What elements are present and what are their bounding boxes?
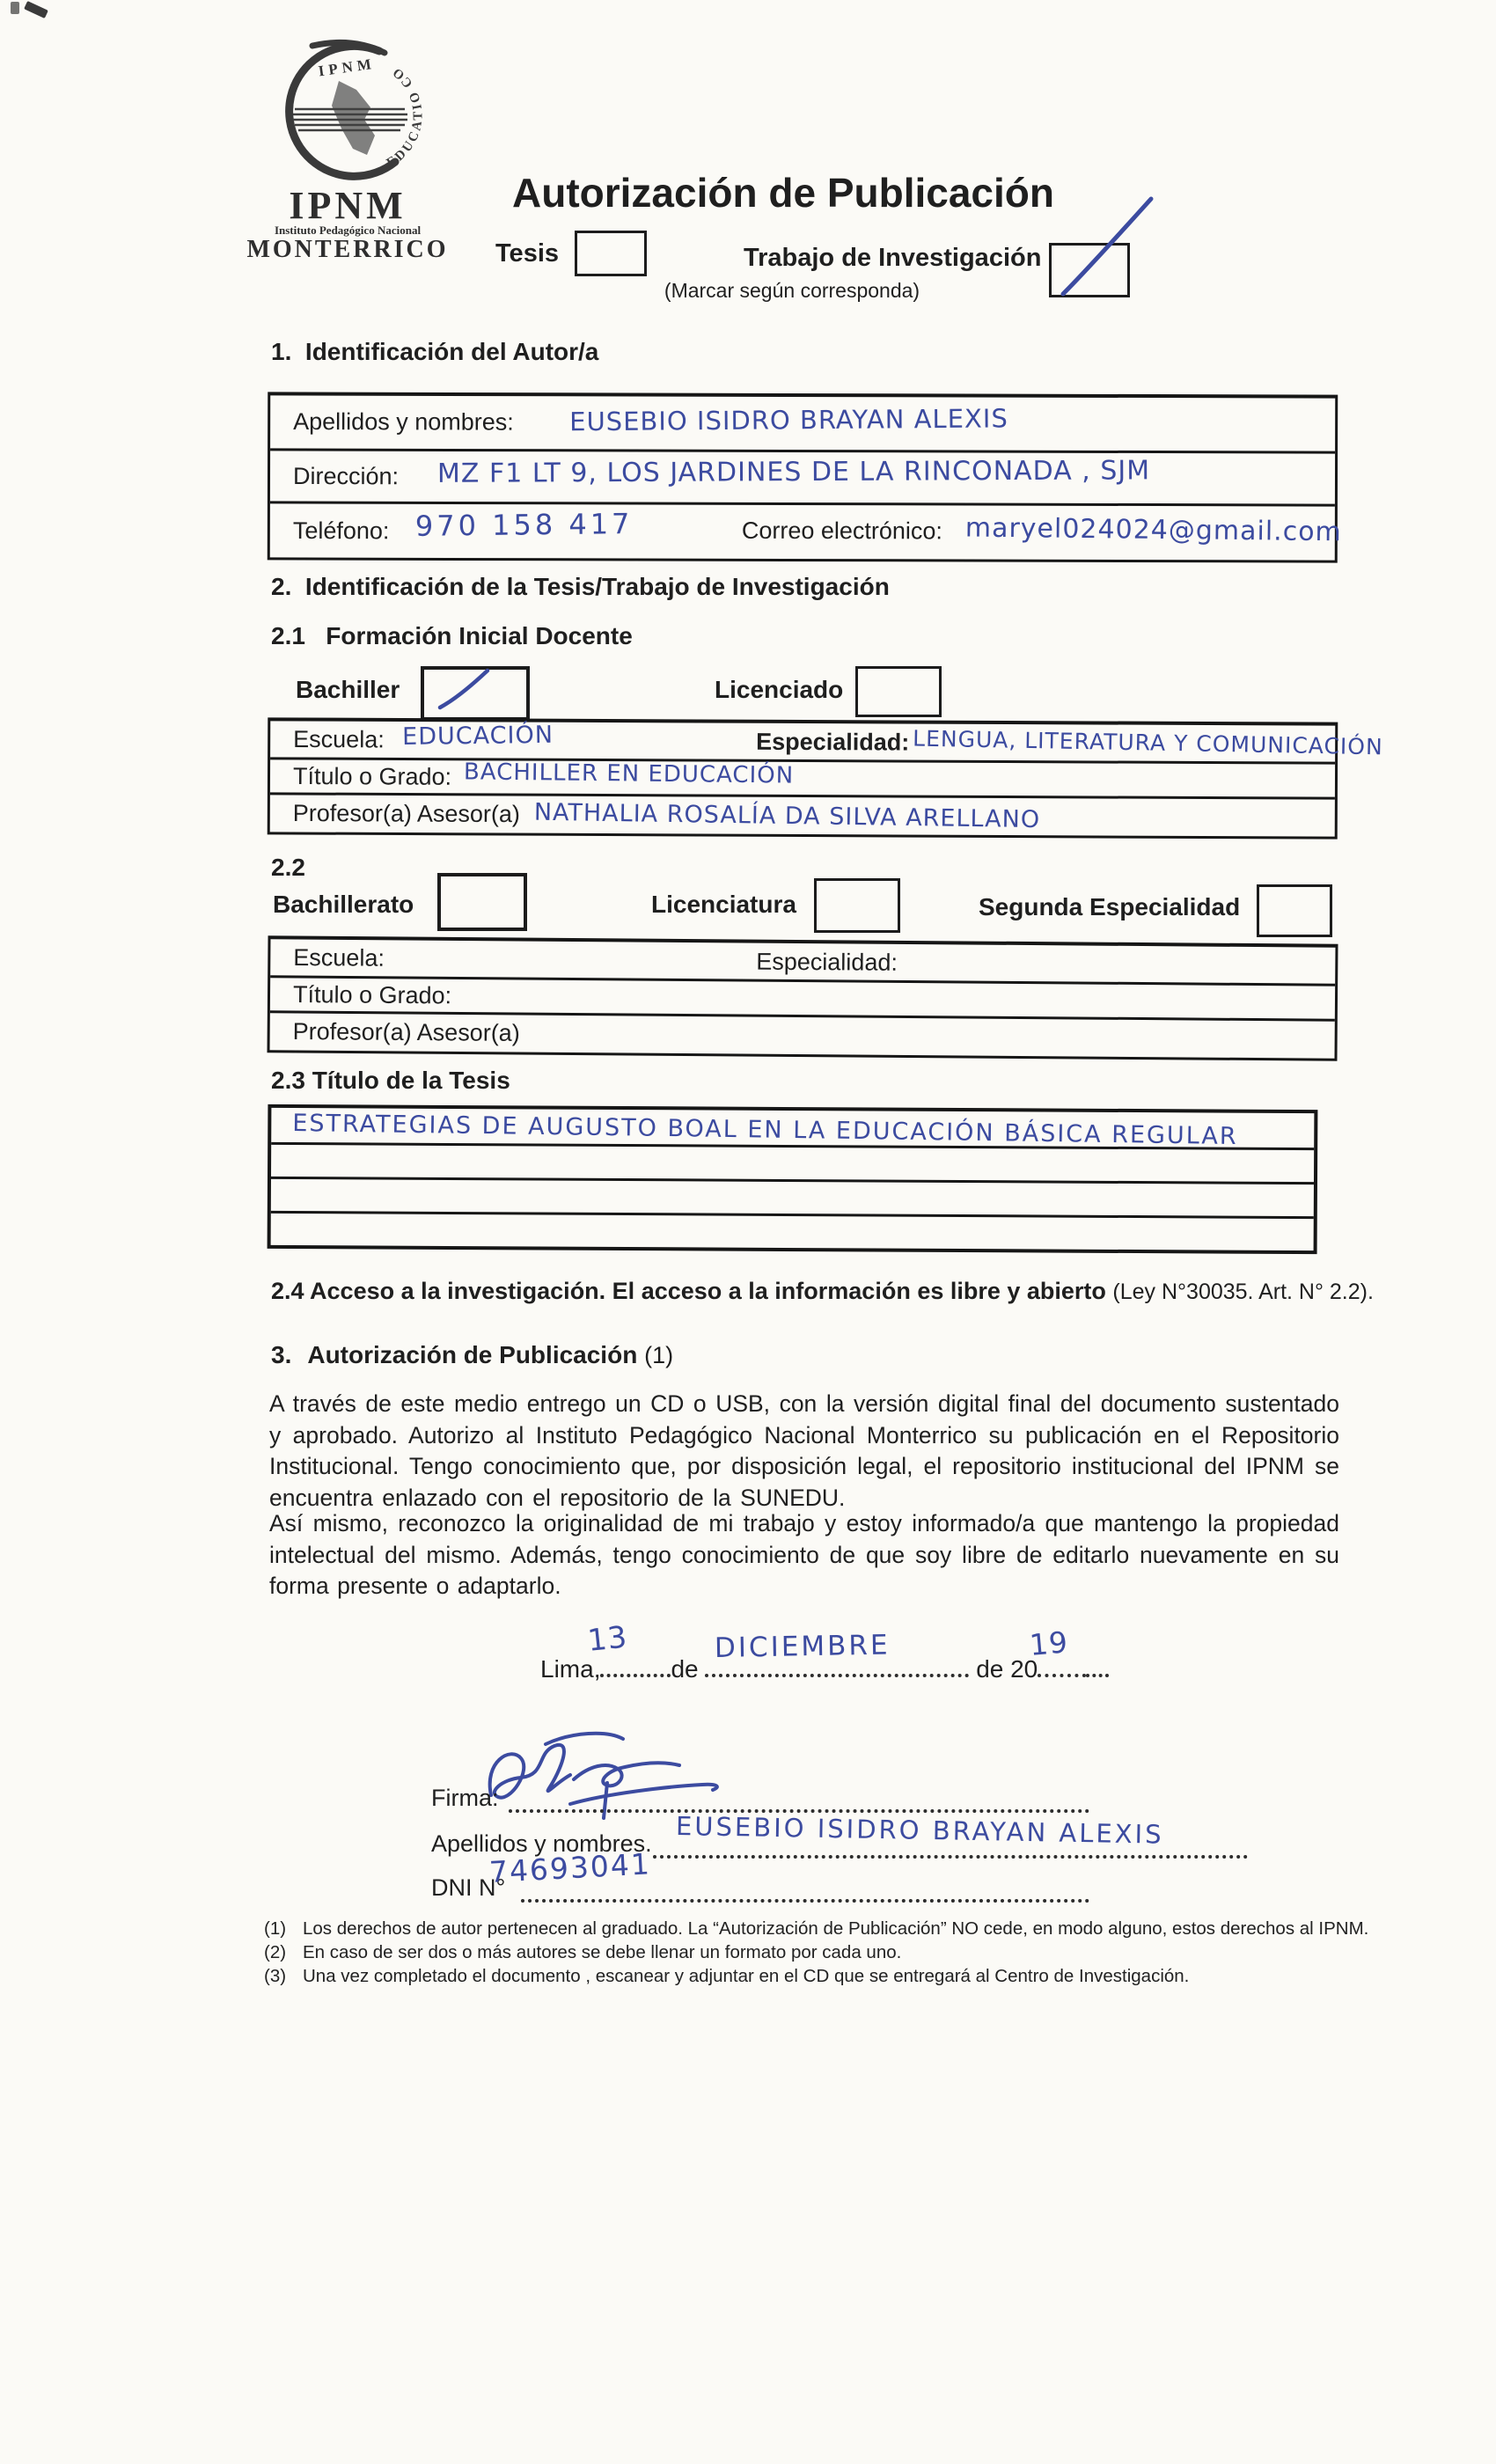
titulo-grado2-label: Título o Grado: [293,980,451,1008]
asesor-value: NATHALIA ROSALÍA DA SILVA ARELLANO [534,799,1041,834]
section2-num: 2. [271,573,291,600]
tesis-label: Tesis [495,239,559,268]
trabajo-checkmark-icon [1038,187,1179,310]
rule-line [271,1177,1314,1184]
licenciado-label: Licenciado [715,676,843,704]
table-row: Profesor(a) Asesor(a) [270,1010,1335,1059]
especialidad2-label: Especialidad: [756,949,898,977]
firma-dotted-line [509,1809,1089,1813]
scanned-form-page: IPNM EDUCATIO CORDIS IPNM Instituto Peda… [0,0,1496,2464]
firma-label: Firma: [431,1785,499,1812]
date-de2: de 20 [976,1655,1038,1683]
table-row: Teléfono: 970 158 417 Correo electrónico… [270,501,1335,560]
date-de1: de [671,1655,698,1683]
dni-dotted-line [521,1899,1089,1903]
footnote: (2)En caso de ser dos o más autores se d… [264,1940,1373,1964]
titulo-grado-label: Título o Grado: [293,762,451,790]
date-city-label: Lima, [540,1655,600,1683]
apellidos-value: EUSEBIO ISIDRO BRAYAN ALEXIS [569,403,1008,436]
posgrado-table: Escuela: Especialidad: Título o Grado: P… [267,935,1338,1061]
telefono-label: Teléfono: [293,517,390,544]
apellidos-dotted-line [653,1855,1248,1859]
asesor2-label: Profesor(a) Asesor(a) [293,1018,520,1047]
ipnm-logo: IPNM EDUCATIO CORDIS IPNM Instituto Peda… [207,37,488,263]
trabajo-label: Trabajo de Investigación [744,244,1041,273]
scan-speck [24,1,48,18]
segunda-especialidad-checkbox [1257,884,1332,937]
svg-text:IPNM: IPNM [318,55,377,80]
scan-speck [11,2,19,14]
titulo-grado-value: BACHILLER EN EDUCACIÓN [464,759,794,788]
section24-heading: 2.4 Acceso a la investigación. El acceso… [271,1278,1374,1305]
logo-monterrico: MONTERRICO [207,237,488,263]
section21-num: 2.1 [271,622,305,649]
section3-heading: 3.Autorización de Publicación (1) [271,1341,673,1369]
especialidad-label: Especialidad: [756,729,909,757]
tesis-checkbox [575,231,647,276]
telefono-value: 970 158 417 [415,507,634,543]
date-month-value: DICIEMBRE [715,1630,891,1664]
date-day-value: 13 [586,1619,629,1659]
fid-table: Escuela: EDUCACIÓN Especialidad: LENGUA,… [268,717,1338,839]
date-day-dots [600,1654,671,1677]
date-trailing-dots [1086,1654,1109,1677]
section22-heading: 2.2 [271,854,305,882]
direccion-value: MZ F1 LT 9, LOS JARDINES DE LA RINCONADA… [437,455,1150,489]
bachiller-checkmark-icon [424,662,521,716]
section1-num: 1. [271,338,291,365]
marcar-note: (Marcar según corresponda) [607,279,977,303]
table-row: Dirección: MZ F1 LT 9, LOS JARDINES DE L… [270,448,1335,503]
section2-heading: 2. Identificación de la Tesis/Trabajo de… [271,573,890,601]
bachillerato-checkbox [437,873,527,931]
direccion-label: Dirección: [293,462,399,489]
table-row: Profesor(a) Asesor(a) NATHALIA ROSALÍA D… [270,792,1335,836]
footnote: (3)Una vez completado el documento , esc… [264,1964,1373,1988]
escuela2-label: Escuela: [293,943,385,972]
section23-heading: 2.3 Título de la Tesis [271,1067,510,1095]
apellidos-label: Apellidos y nombres: [293,408,514,436]
logo-subtitle: Instituto Pedagógico Nacional [207,224,488,237]
licenciatura-checkbox [814,878,900,933]
ipnm-emblem-icon: IPNM EDUCATIO CORDIS [207,37,488,188]
table-row: Título o Grado: BACHILLER EN EDUCACIÓN [270,757,1335,796]
especialidad-value: LENGUA, LITERATURA Y COMUNICACIÓN [913,726,1383,760]
rule-line [271,1211,1314,1219]
escuela-value: EDUCACIÓN [402,722,554,751]
date-year-value: 19 [1028,1624,1069,1662]
section1-heading: 1. Identificación del Autor/a [271,338,598,366]
asesor-label: Profesor(a) Asesor(a) [293,800,520,828]
correo-value: maryel024024@gmail.com [965,512,1342,547]
segunda-especialidad-label: Segunda Especialidad [979,893,1240,921]
table-row: Escuela: EDUCACIÓN Especialidad: LENGUA,… [270,721,1335,761]
author-table: Apellidos y nombres: EUSEBIO ISIDRO BRAY… [268,392,1338,562]
tesis-title-box: ESTRATEGIAS DE AUGUSTO BOAL EN LA EDUCAC… [268,1104,1318,1254]
page-title: Autorización de Publicación [493,169,1074,216]
footnote: (1)Los derechos de autor pertenecen al g… [264,1917,1373,1940]
licenciatura-label: Licenciatura [651,891,796,919]
licenciado-checkbox [855,666,942,717]
signature-apellidos-value: EUSEBIO ISIDRO BRAYAN ALEXIS [676,1811,1164,1850]
correo-label: Correo electrónico: [742,517,942,546]
authorization-paragraph-2: Así mismo, reconozco la originalidad de … [269,1508,1339,1602]
table-row: Apellidos y nombres: EUSEBIO ISIDRO BRAY… [270,395,1335,451]
footnotes: (1)Los derechos de autor pertenecen al g… [264,1917,1373,1988]
bachillerato-label: Bachillerato [273,891,414,919]
section21-heading: 2.1 Formación Inicial Docente [271,622,633,650]
bachiller-label: Bachiller [296,676,400,704]
dni-value: 74693041 [488,1846,652,1889]
authorization-paragraph-1: A través de este medio entrego un CD o U… [269,1389,1339,1514]
logo-acronym: IPNM [207,188,488,224]
escuela-label: Escuela: [293,725,385,752]
